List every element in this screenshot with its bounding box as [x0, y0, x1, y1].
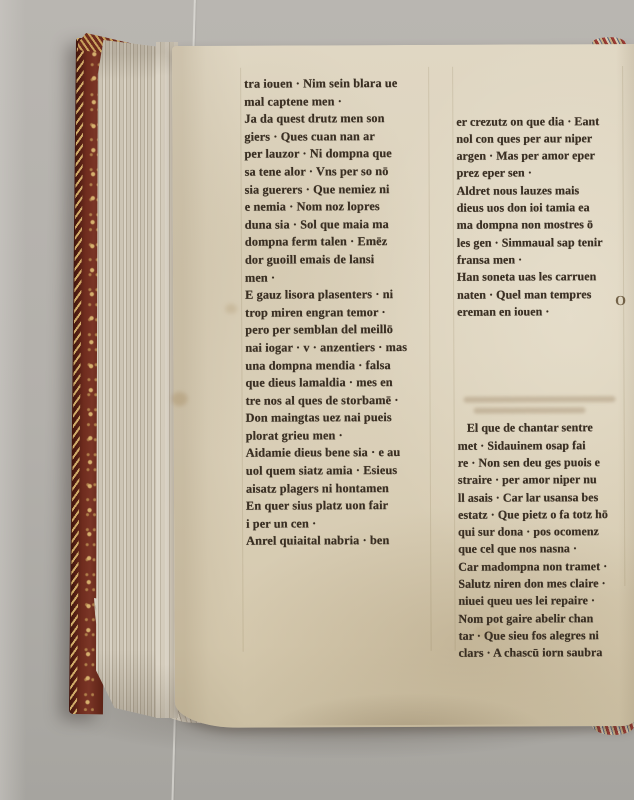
text-column-left: tra iouen · Nim sein blara ue mal capten…	[244, 75, 434, 551]
ruling-line	[452, 67, 456, 651]
page-stack-fore-edge	[96, 40, 158, 718]
show-through-text	[457, 355, 629, 386]
page-stain	[225, 304, 237, 314]
marginal-initial-letter: O	[615, 294, 626, 310]
ruling-line	[240, 68, 244, 652]
page-stain	[172, 392, 188, 406]
right-column-block2: El que de chantar sentre met · Sidauinem…	[458, 419, 631, 662]
manuscript-page: tra iouen · Nim sein blara ue mal capten…	[172, 44, 634, 728]
text-column-right: er crezutz on que dia · Eant nol con que…	[456, 78, 631, 697]
right-column-block1: er crezutz on que dia · Eant nol con que…	[456, 113, 629, 321]
manuscript-photo: tra iouen · Nim sein blara ue mal capten…	[0, 0, 634, 800]
